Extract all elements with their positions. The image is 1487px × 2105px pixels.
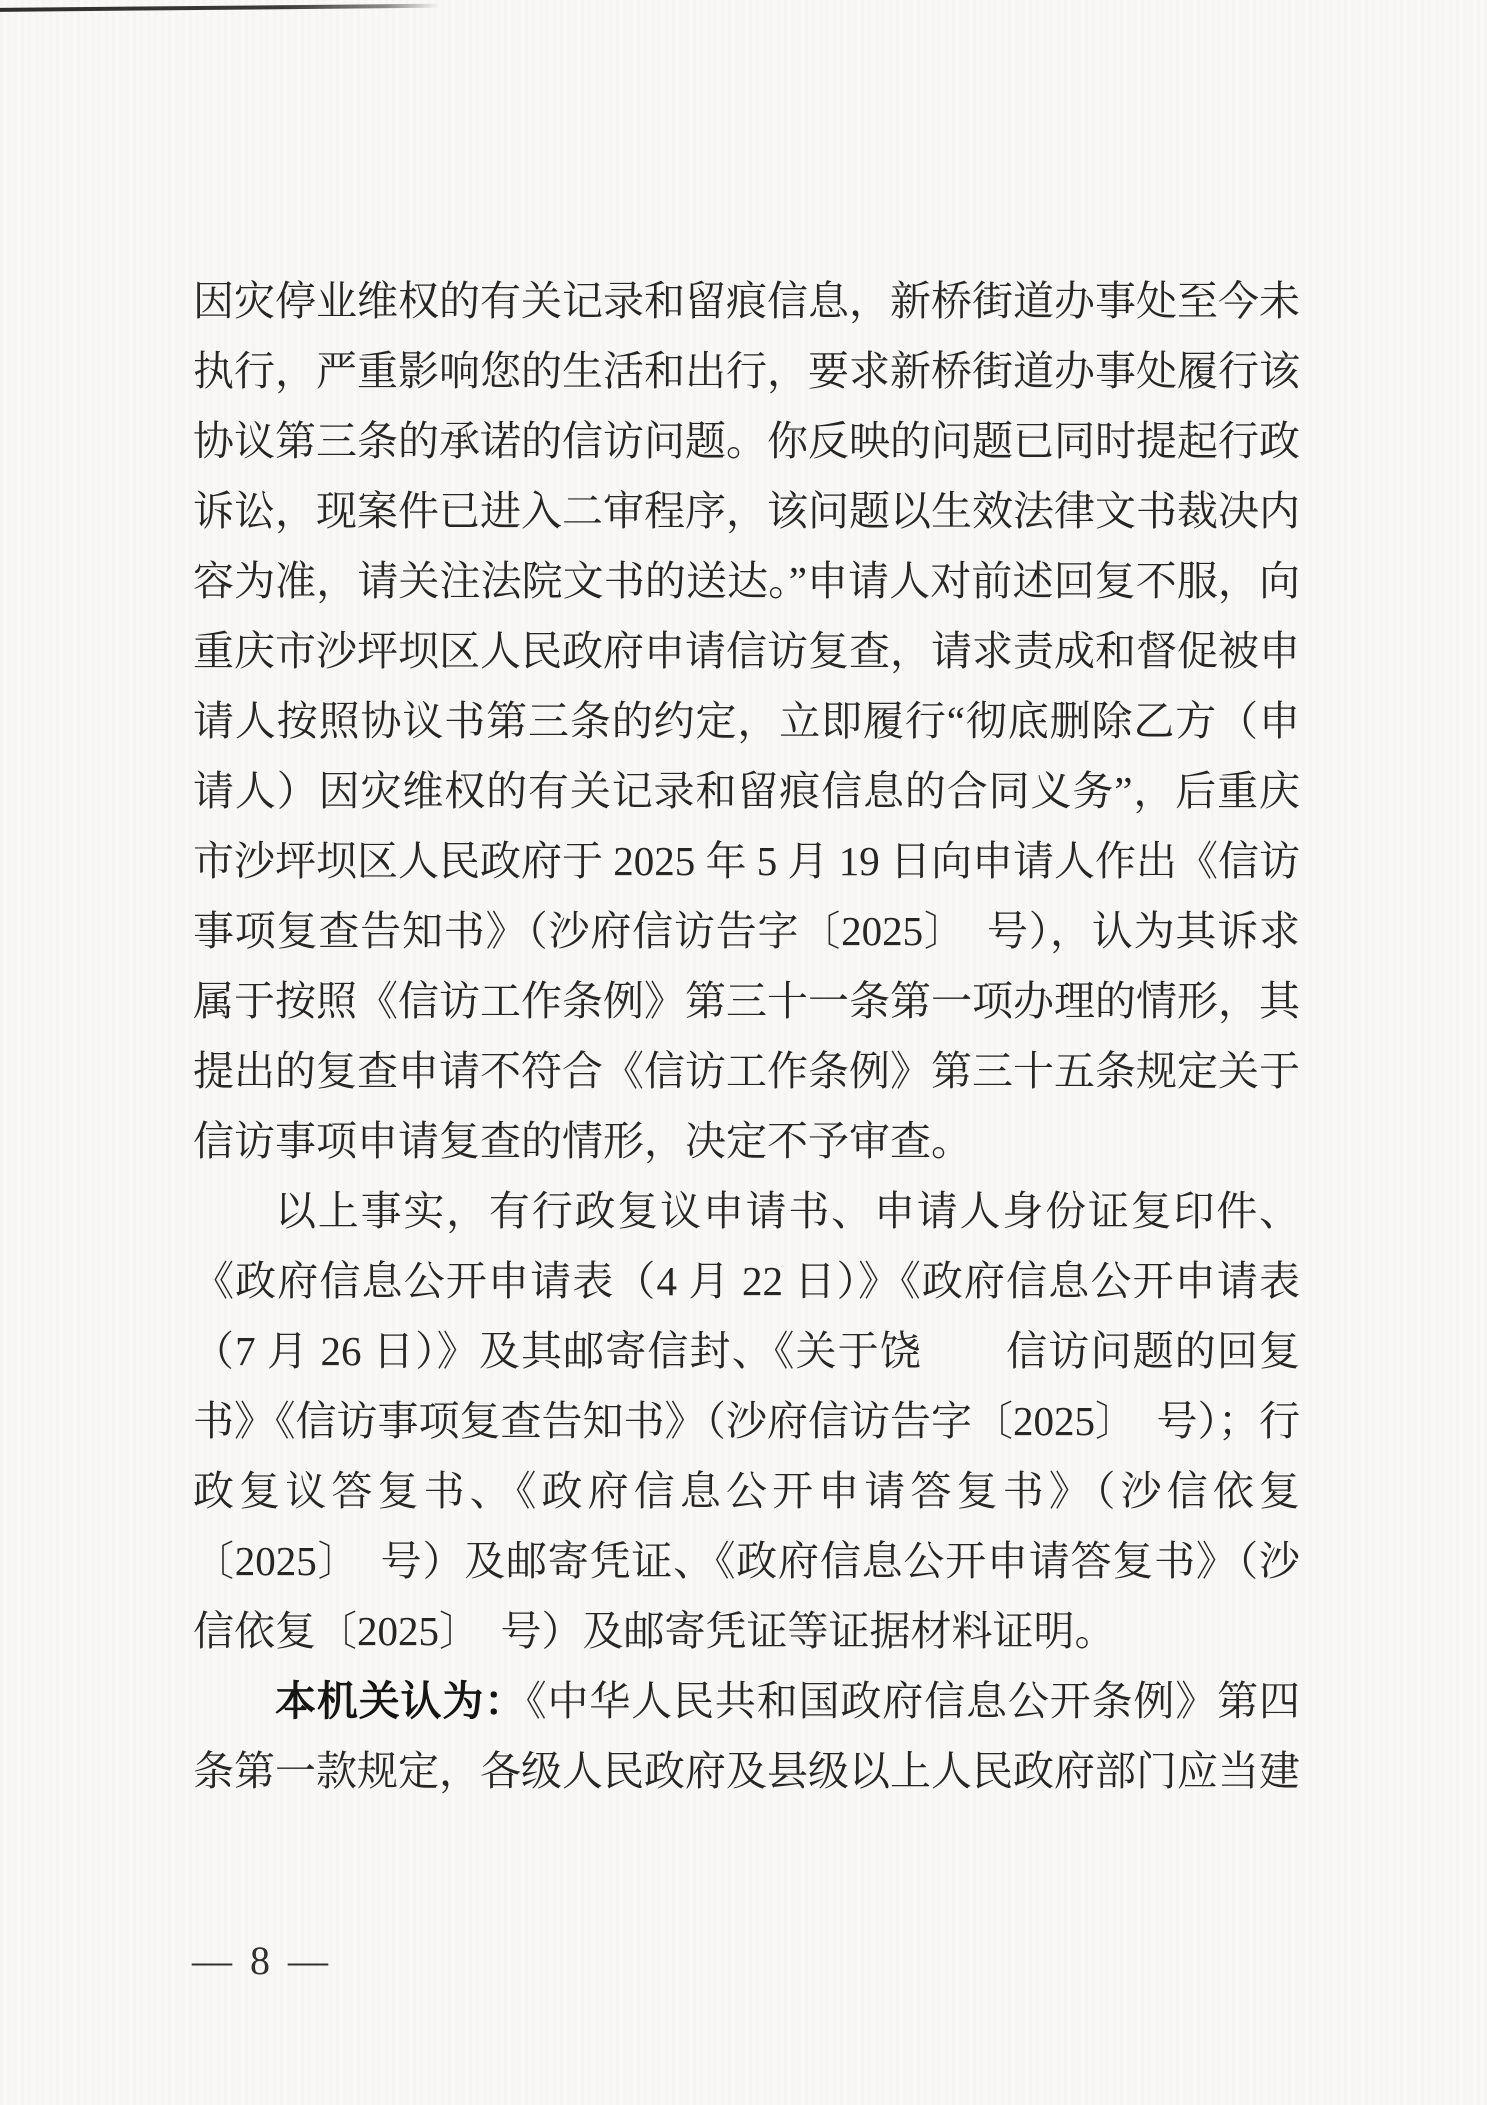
- paragraph-continuation: 因灾停业维权的有关记录和留痕信息，新桥街道办事处至今未执行，严重影响您的生活和出…: [193, 266, 1300, 1176]
- paragraph-evidence: 以上事实，有行政复议申请书、申请人身份证复印件、《政府信息公开申请表（4 月 2…: [193, 1176, 1300, 1666]
- document-page: 因灾停业维权的有关记录和留痕信息，新桥街道办事处至今未执行，严重影响您的生活和出…: [0, 0, 1487, 2105]
- paragraph-opinion-lead: 本机关认为：: [275, 1678, 526, 1724]
- scan-edge-artifact: [0, 4, 440, 12]
- page-number: — 8 —: [192, 1937, 332, 1985]
- document-body: 因灾停业维权的有关记录和留痕信息，新桥街道办事处至今未执行，严重影响您的生活和出…: [193, 266, 1300, 1806]
- paragraph-opinion: 本机关认为：《中华人民共和国政府信息公开条例》第四条第一款规定，各级人民政府及县…: [193, 1666, 1300, 1806]
